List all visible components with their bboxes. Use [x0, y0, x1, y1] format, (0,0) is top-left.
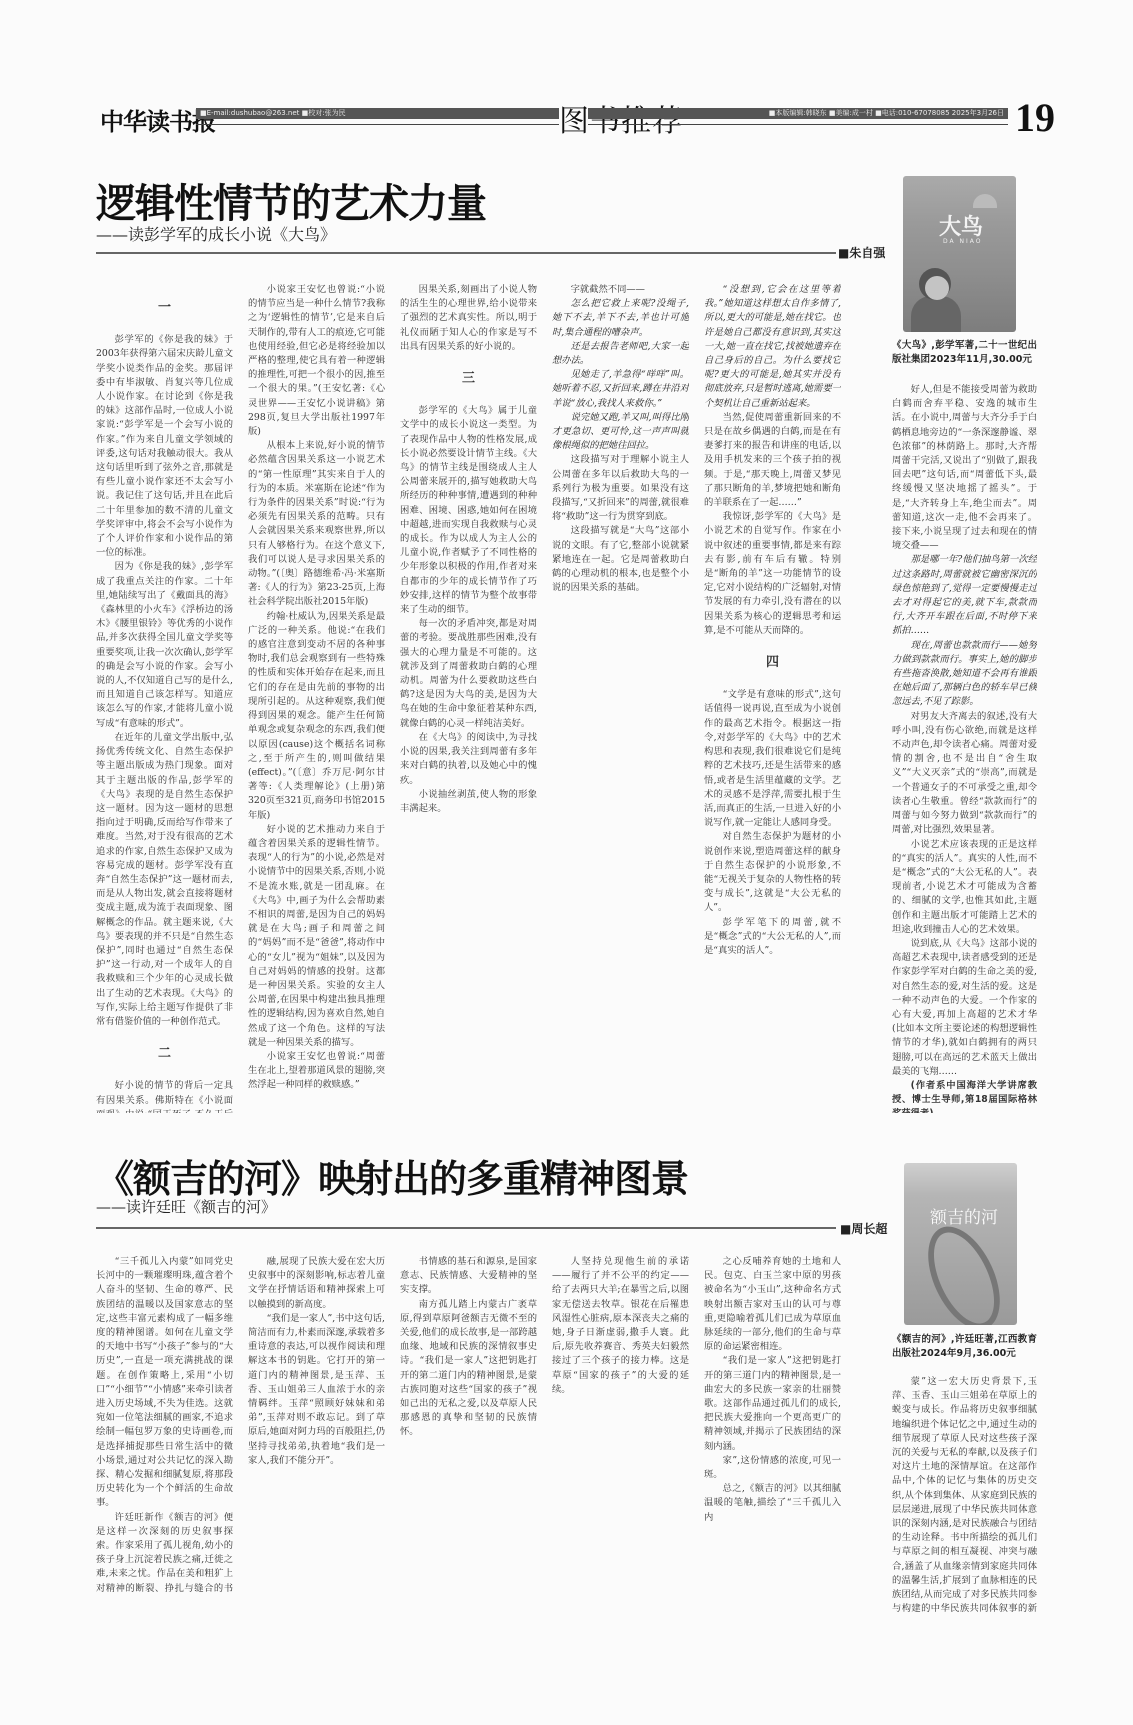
- cover-title: 额吉的河: [930, 1203, 998, 1228]
- paragraph: 现在,周蕾也款款而行——她努力做到款款而行。事实上,她的脚步有些拖沓涣散,她知道…: [892, 639, 1037, 710]
- article1-subhead: ——读彭学军的成长小说《大鸟》: [96, 222, 336, 245]
- paragraph: 彭学军笔下的周蕾,就不是“概念”式的“大公无私的人”,而是“真实的活人”。: [704, 916, 841, 959]
- cover-title: 大鸟: [939, 210, 983, 241]
- book-cover-eji-de-he: 额吉的河: [904, 1163, 1017, 1325]
- section-number: 四: [704, 656, 841, 670]
- article2-column-5: 之心反哺养育她的土地和人民。包克、白玉兰家中原的男孩被命名为“小玉山”,这种命名…: [704, 1255, 841, 1595]
- page-number: 19: [1015, 94, 1055, 141]
- article2-column-1: “三千孤儿入内蒙”如同党史长河中的一颗璀璨明珠,蕴含着个人奋斗的坚韧、生命的尊严…: [96, 1255, 233, 1595]
- paragraph: 对自然生态保护为题材的小说创作来说,塑造周蕾这样的献身于自然生态保护的小说形象,…: [704, 830, 841, 915]
- paragraph: 说到底,从《大鸟》这部小说的高超艺术表现中,读者感受到的还是作家彭学军对白鹤的生…: [892, 937, 1037, 1079]
- divider: [196, 124, 559, 125]
- paragraph: 说完她又跑,羊又叫,叫得比刚才更急切、更可怜,这一声声叫就像根绳似的把她往回拉。: [552, 411, 689, 454]
- paragraph: “我们是一家人”,书中这句话,简洁而有力,朴素而深邃,承载着多重诗意的表达,可以…: [248, 1312, 385, 1468]
- divider: [588, 124, 1008, 125]
- paragraph: 从根本上来说,好小说的情节必然蕴含因果关系这一小说艺术的“第一性原理”其实来自于…: [248, 439, 385, 609]
- paragraph: 之心反哺养育她的土地和人民。包克、白玉兰家中原的男孩被命名为“小玉山”,这种命名…: [704, 1255, 841, 1354]
- article2-column-2: 融,展现了民族大爱在宏大历史叙事中的深刻影响,标志着儿童文学在抒情话语和精神探索…: [248, 1255, 385, 1595]
- byline-rule: [96, 252, 836, 254]
- article1-column-3: 因果关系,刻画出了小说人物的活生生的心理世界,给小说带来了强烈的艺术真实性。所以…: [400, 283, 537, 1113]
- paragraph: 这段描写就是“大鸟”这部小说的文眼。有了它,整部小说就紧紧地连在一起。它是周蕾救…: [552, 524, 689, 595]
- article2-column-3: 书情感的基石和源泉,是国家意志、民族情感、大爱精神的坚实支撑。南方孤儿踏上内蒙古…: [400, 1255, 537, 1595]
- article2-subhead: ——读许廷旺《额吉的河》: [96, 1196, 276, 1217]
- paragraph: 彭学军的《大鸟》属于儿童文学中的成长小说这一类型。为了表现作品中人物的性格发展,…: [400, 404, 537, 617]
- section-number: 三: [400, 372, 537, 386]
- article1-column-6: 好人,但是不能接受周蕾为救助白鹤而舍弃平稳、安逸的城市生活。在小说中,周蕾与大齐…: [892, 383, 1037, 1113]
- paragraph: 小说家王安忆也曾说:“小说的情节应当是一种什么情节?我称之为‘逻辑性的情节’,它…: [248, 283, 385, 439]
- paragraph: 在近年的儿童文学出版中,弘扬优秀传统文化、自然生态保护等主题出版成为热门现象。面…: [96, 731, 233, 1029]
- article1-column-5: “没想到,它会在这里等着我。”她知道这样想太自作多情了,所以,更大的可能是,她在…: [704, 283, 841, 1113]
- article2-byline: ■周长超: [840, 1220, 887, 1237]
- paragraph: 当然,促使周蕾重新回来的不只是在故乡偶遇的白鹤,而是在有妻爹打来的报告和讲座的电…: [704, 411, 841, 510]
- boy-illustration: [911, 296, 961, 332]
- paragraph: 小说抽丝剥茧,使人物的形象丰满起来。: [400, 788, 537, 816]
- paragraph: 小说家王安忆也曾说:“周蕾生在北上,望着那道风景的翅膀,突然浮起一种同样的救赎感…: [248, 1050, 385, 1093]
- section-number: 二: [96, 1047, 233, 1061]
- paragraph: 见她走了,羊急得“咩咩”叫。她听着不忍,又折回来,蹲在井沿对羊说“放心,我找人来…: [552, 368, 689, 411]
- paragraph: 字就截然不同——: [552, 283, 689, 297]
- paragraph: 家”,这份情感的浓度,可见一斑。: [704, 1454, 841, 1482]
- newspaper-page: 中华读书报 ■E-mail:dushubao@263.net ■校对:张为民 图…: [0, 0, 1133, 1725]
- paragraph: 每一次的矛盾冲突,都是对周蕾的考验。要战胜那些困难,没有强大的心理力量是不可能的…: [400, 617, 537, 731]
- paragraph: 因为《你是我的妹》,彭学军成了我重点关注的作家。二十年里,她陆续写出了《戴面具的…: [96, 560, 233, 730]
- paragraph: 人坚持兑现他生前的承诺——履行了并不公平的约定——给了去两只大羊;在暴雪之后,以…: [552, 1255, 689, 1397]
- sun-illustration: [973, 194, 997, 208]
- book2-caption: 《额吉的河》,许廷旺著,江西教育出版社2024年9月,36.00元: [892, 1333, 1037, 1361]
- article2-column-4: 人坚持兑现他生前的承诺——履行了并不公平的约定——给了去两只大羊;在暴雪之后,以…: [552, 1255, 689, 1595]
- paragraph: “三千孤儿入内蒙”如同党史长河中的一颗璀璨明珠,蕴含着个人奋斗的坚韧、生命的尊严…: [96, 1255, 233, 1511]
- paragraph: “没想到,它会在这里等着我。”她知道这样想太自作多情了,所以,更大的可能是,她在…: [704, 283, 841, 411]
- boy-face: [925, 276, 949, 300]
- paragraph: 在《大鸟》的阅读中,为寻找小说的因果,我关注到周蕾有多年来对白鹤的执着,以及她心…: [400, 731, 537, 788]
- paragraph: 融,展现了民族大爱在宏大历史叙事中的深刻影响,标志着儿童文学在抒情话语和精神探索…: [248, 1255, 385, 1312]
- cover-subtitle: DA NIAO: [943, 238, 983, 245]
- paragraph: 这段描写对于理解小说主人公周蕾在多年以后救助大鸟的一系列行为极为重要。如果没有这…: [552, 453, 689, 524]
- byline-rule: [96, 1227, 836, 1229]
- paragraph: 那是哪一年?他们抽鸟第一次经过这条路时,周蕾就被它幽密深沉的绿色惊艳到了,觉得一…: [892, 553, 1037, 638]
- article2-column-6: 蒙”这一宏大历史背景下,玉萍、玉香、玉山三姐弟在草原上的蜕变与成长。作品将历史叙…: [892, 1375, 1037, 1615]
- paragraph: 书情感的基石和源泉,是国家意志、民族情感、大爱精神的坚实支撑。: [400, 1255, 537, 1298]
- contact-bar: ■E-mail:dushubao@263.net ■校对:张为民: [196, 108, 559, 119]
- paragraph: 彭学军的《你是我的妹》于2003年获得第六届宋庆龄儿童文学奖小说类作品的金奖。那…: [96, 333, 233, 560]
- paragraph: 好人,但是不能接受周蕾为救助白鹤而舍弃平稳、安逸的城市生活。在小说中,周蕾与大齐…: [892, 383, 1037, 553]
- paragraph: 总之,《额吉的河》以其细腻温暖的笔触,描绘了“三千孤儿入内: [704, 1482, 841, 1525]
- book-cover-da-niao: 大鸟 DA NIAO: [903, 176, 1016, 332]
- author-note: (作者系中国海洋大学讲席教授、博士生导师,第18届国际格林奖获得者): [892, 1079, 1037, 1113]
- paragraph: 小说艺术应该表现的正是这样的“真实的活人”。真实的人性,而不是“概念”式的“大公…: [892, 838, 1037, 937]
- article1-column-1: 一彭学军的《你是我的妹》于2003年获得第六届宋庆龄儿童文学奖小说类作品的金奖。…: [96, 283, 233, 1113]
- editor-bar: ■本版编辑:韩晓东 ■美编:成一村 ■电话:010-67078085 2025年…: [588, 108, 1008, 119]
- paragraph: 蒙”这一宏大历史背景下,玉萍、玉香、玉山三姐弟在草原上的蜕变与成长。作品将历史叙…: [892, 1375, 1037, 1615]
- paragraph: 南方孤儿踏上内蒙古广袤草原,得到草原阿爸额吉无微不至的关爱,他们的成长故事,是一…: [400, 1298, 537, 1440]
- book1-caption: 《大鸟》,彭学军著,二十一世纪出版社集团2023年11月,30.00元: [892, 339, 1037, 367]
- paragraph: 约翰·杜威认为,因果关系是最广泛的一种关系。他说:“在我们的感官注意到变动不居的…: [248, 610, 385, 823]
- paragraph: 我惊讶,彭学军的《大鸟》是小说艺术的自觉写作。作家在小说中叙述的重要事情,都是来…: [704, 510, 841, 638]
- masthead: 中华读书报 ■E-mail:dushubao@263.net ■校对:张为民 图…: [100, 100, 1050, 136]
- river-illustration: [914, 1215, 1015, 1325]
- article1-byline: ■朱自强: [838, 244, 885, 261]
- article1-headline: 逻辑性情节的艺术力量: [96, 172, 486, 229]
- paragraph: 还是去报告老师吧,大家一起想办法。: [552, 340, 689, 368]
- paragraph: 怎么把它救上来呢?没绳子,她下不去,羊下不去,羊也计可施时,集合通程的嘈杂声。: [552, 297, 689, 340]
- article2-headline: 《额吉的河》映射出的多重精神图景: [96, 1148, 688, 1203]
- paragraph: “我们是一家人”这把钥匙打开的第三道门内的精神图景,是一曲宏大的多民族一家亲的壮…: [704, 1354, 841, 1453]
- paragraph: 好小说的艺术推动力来自于蕴含着因果关系的逻辑性情节。表现“人的行为”的小说,必然…: [248, 823, 385, 1050]
- article1-column-4: 字就截然不同——怎么把它救上来呢?没绳子,她下不去,羊下不去,羊也计可施时,集合…: [552, 283, 689, 1113]
- paragraph: 好小说的情节的背后一定具有因果关系。佛斯特在《小说面面观》中说:“国王死了,不久…: [96, 1079, 233, 1113]
- paragraph: 许廷旺新作《额吉的河》便是这样一次深刻的历史叙事探索。作家采用了孤儿视角,幼小的…: [96, 1511, 233, 1595]
- article1-column-2: 小说家王安忆也曾说:“小说的情节应当是一种什么情节?我称之为‘逻辑性的情节’,它…: [248, 283, 385, 1113]
- section-number: 一: [96, 301, 233, 315]
- paragraph: “文学是有意味的形式”,这句话值得一说再说,直至成为小说创作的最高艺术指令。根据…: [704, 688, 841, 830]
- paragraph: 因果关系,刻画出了小说人物的活生生的心理世界,给小说带来了强烈的艺术真实性。所以…: [400, 283, 537, 354]
- paragraph: 对男友大齐离去的叙述,没有大呼小叫,没有伤心欲绝,而就是这样不动声色,却令读者心…: [892, 710, 1037, 838]
